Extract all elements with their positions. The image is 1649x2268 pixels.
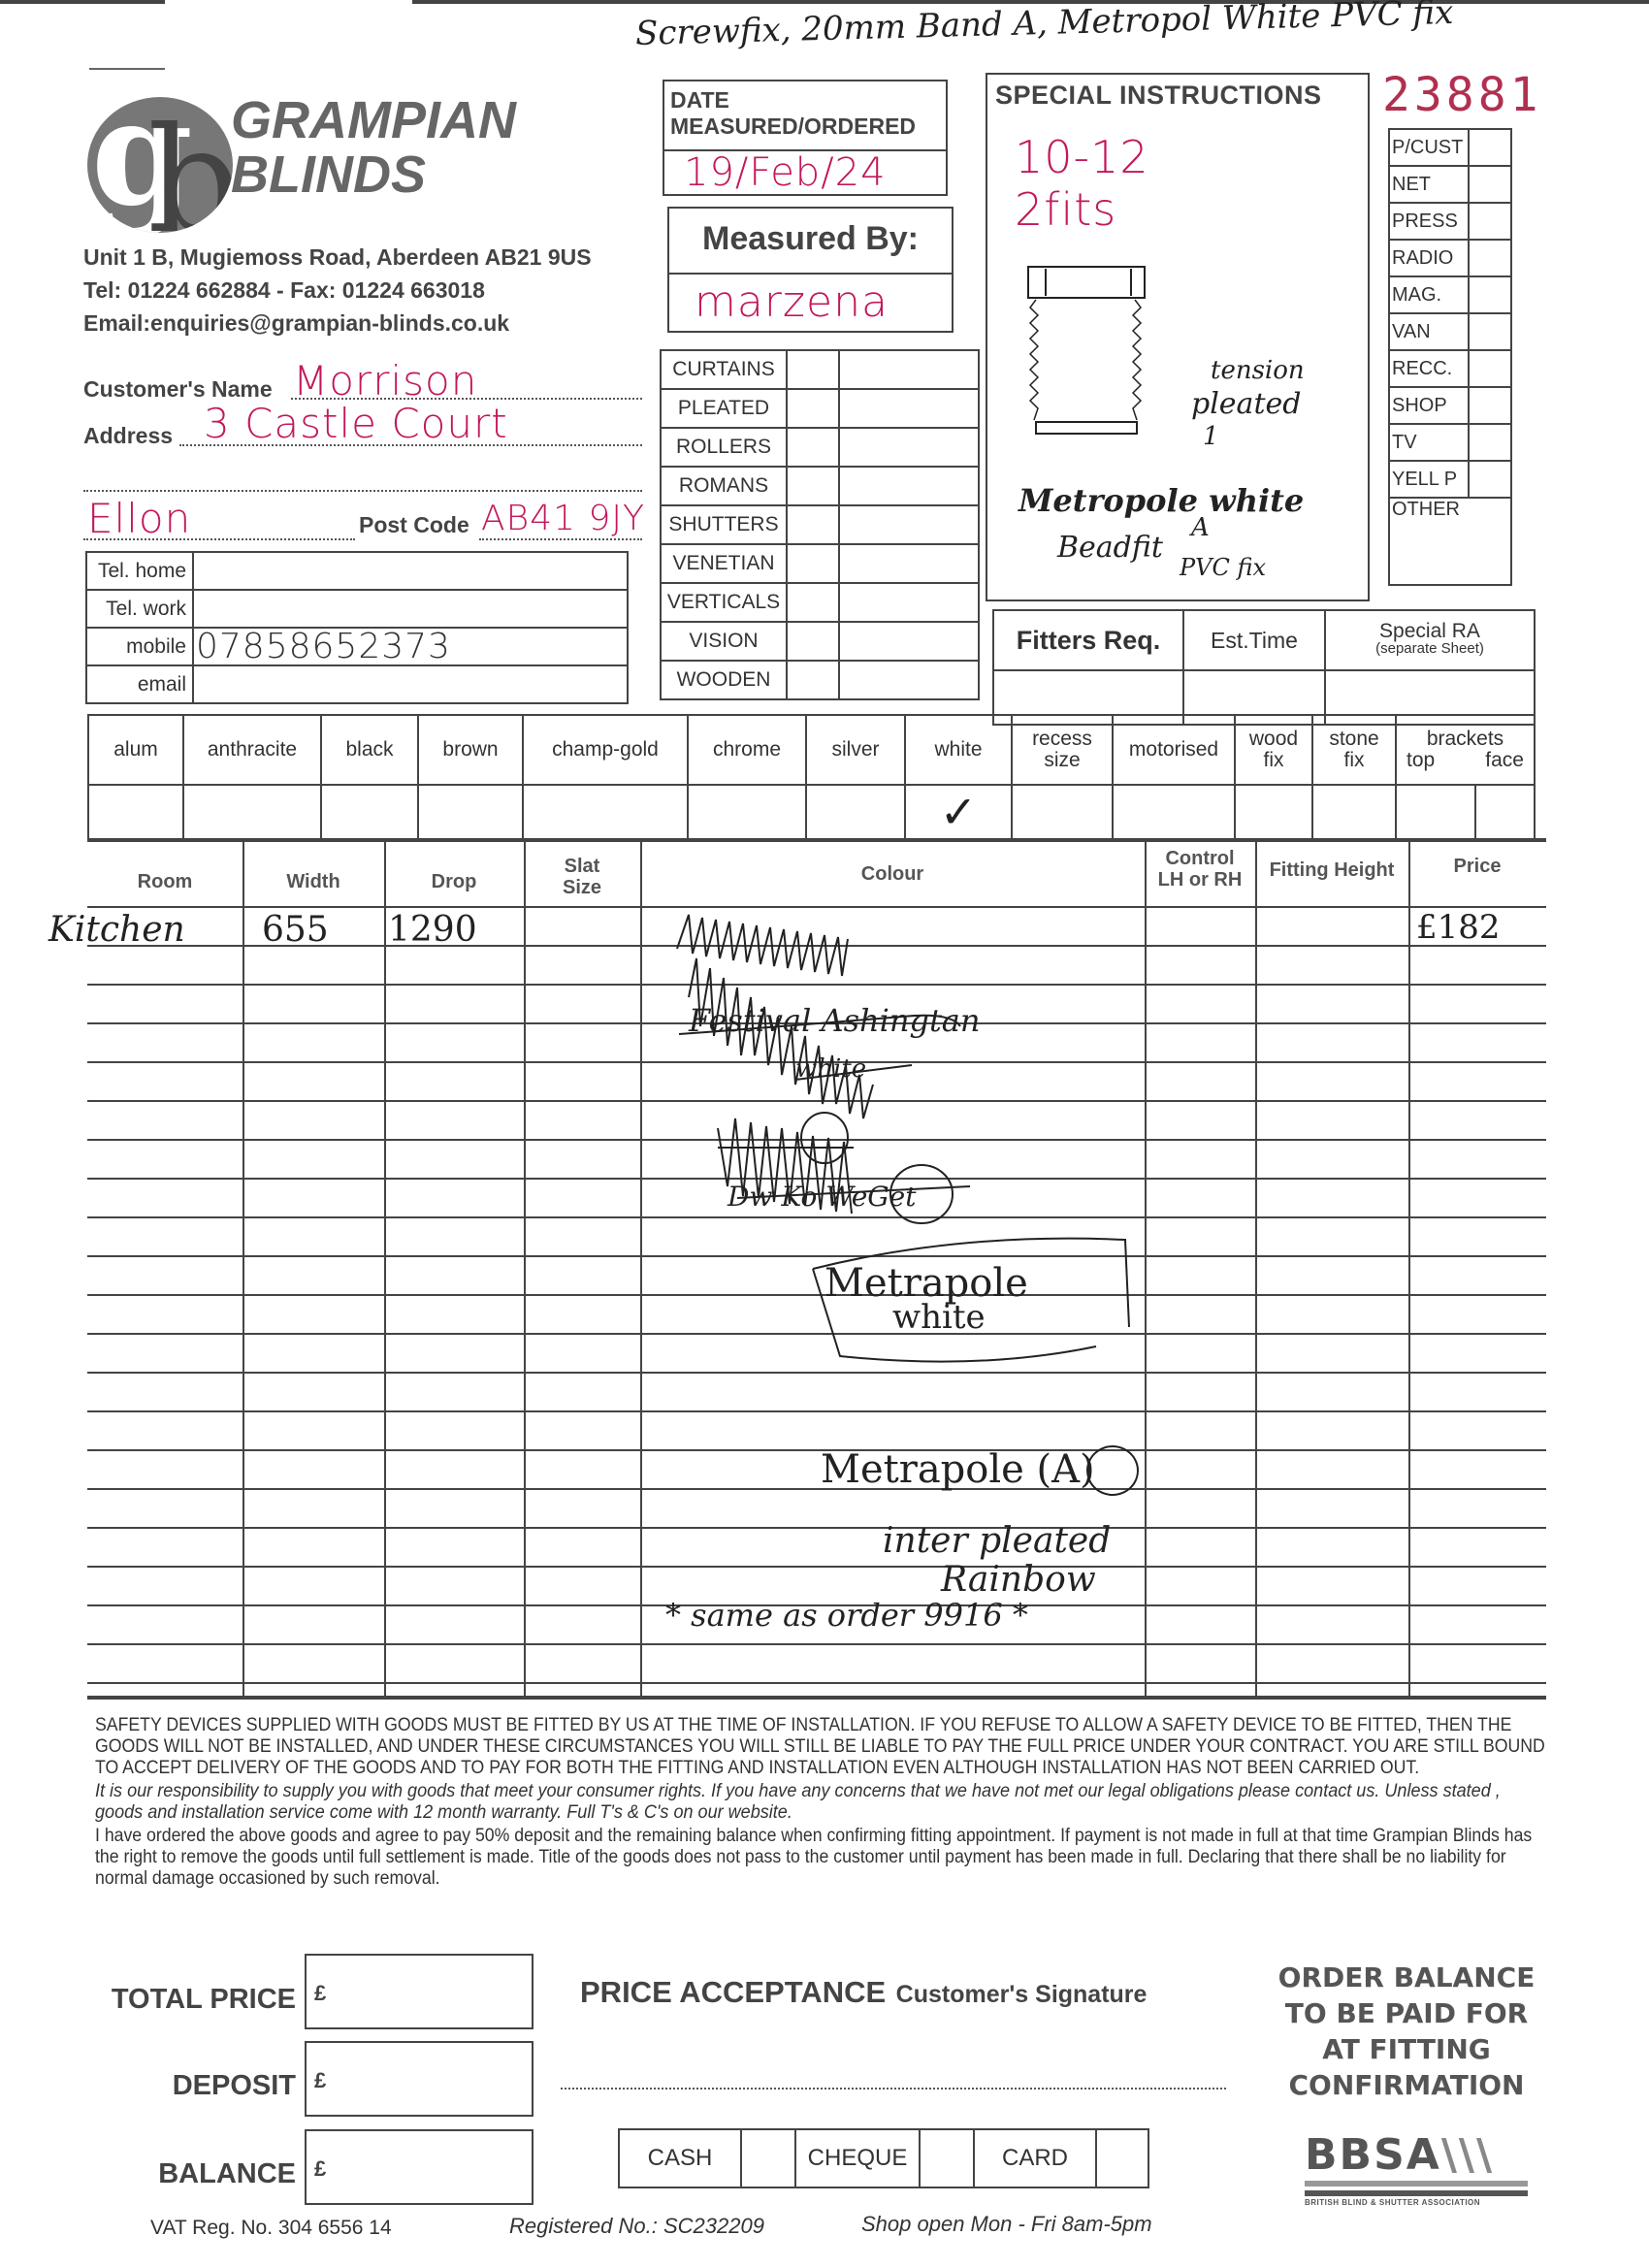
balance-field[interactable]: £ xyxy=(305,2129,533,2205)
source-row: NET xyxy=(1389,166,1511,203)
address-value-line1[interactable]: 3 Castle Court xyxy=(204,400,508,447)
company-name: GRAMPIAN BLINDS xyxy=(231,93,516,202)
balance-label: BALANCE xyxy=(97,2158,296,2190)
finish-checkbox-champ-gold[interactable] xyxy=(523,785,688,839)
colour-note-metrapole-white-line2: white xyxy=(892,1298,986,1337)
product-type-row: WOODEN xyxy=(661,661,979,699)
contact-row: Tel. work xyxy=(86,590,628,628)
brackets-top-field[interactable] xyxy=(1396,785,1475,839)
contact-row: mobile07858652373 xyxy=(86,628,628,665)
bbsa-logo-text: BBSA\\\ xyxy=(1305,2134,1528,2177)
finish-value-row: ✓ xyxy=(88,785,1535,839)
price-acceptance: PRICE ACCEPTANCE Customer's Signature xyxy=(580,1975,1147,2010)
product-type-notes[interactable] xyxy=(839,544,979,583)
signature-line[interactable] xyxy=(561,2088,1226,2090)
product-type-notes[interactable] xyxy=(839,661,979,699)
measured-by-label: Measured By: xyxy=(669,209,952,275)
row-price[interactable]: £182 xyxy=(1416,908,1501,947)
source-row-other: OTHER xyxy=(1389,498,1511,585)
price-acceptance-title: PRICE ACCEPTANCE xyxy=(580,1975,886,2009)
payment-method-table: CASH CHEQUE CARD xyxy=(618,2128,1149,2188)
source-row: P/CUST xyxy=(1389,129,1511,166)
product-type-notes[interactable] xyxy=(839,428,979,467)
company-name-line1: GRAMPIAN xyxy=(231,93,516,147)
source-checkbox[interactable] xyxy=(1469,387,1511,424)
source-checkbox[interactable] xyxy=(1469,350,1511,387)
colour-note-rainbow: Rainbow xyxy=(941,1560,1096,1600)
logo-circle-icon: g b xyxy=(87,97,233,233)
bbsa-tagline: BRITISH BLIND & SHUTTER ASSOCIATION xyxy=(1305,2198,1528,2207)
town-line xyxy=(83,538,355,540)
special-fitters[interactable]: 2fits xyxy=(1015,183,1116,236)
product-type-notes[interactable] xyxy=(839,350,979,389)
product-type-row: PLEATED xyxy=(661,389,979,428)
order-table-header: Room Width Drop SlatSize Colour ControlL… xyxy=(87,842,1546,908)
payment-method-row: CASH CHEQUE CARD xyxy=(619,2129,1148,2187)
order-table: Room Width Drop SlatSize Colour ControlL… xyxy=(87,842,1546,1696)
product-type-qty[interactable] xyxy=(787,505,839,544)
source-row: YELL P xyxy=(1389,461,1511,498)
product-type-qty[interactable] xyxy=(787,661,839,699)
product-type-qty[interactable] xyxy=(787,467,839,505)
svg-text:white: white xyxy=(795,1054,866,1084)
product-type-notes[interactable] xyxy=(839,505,979,544)
card-label: CARD xyxy=(974,2129,1096,2187)
cash-label: CASH xyxy=(619,2129,741,2187)
product-type-qty[interactable] xyxy=(787,428,839,467)
svg-text:Dw Ko WeGet: Dw Ko WeGet xyxy=(727,1181,917,1213)
measured-by-box: Measured By: marzena xyxy=(667,207,954,333)
company-phone-fax: Tel: 01224 662884 - Fax: 01224 663018 xyxy=(83,277,485,304)
product-type-row: VISION xyxy=(661,622,979,661)
special-product-line1: Metropole white xyxy=(1018,482,1304,519)
product-type-notes[interactable] xyxy=(839,467,979,505)
registered-number: Registered No.: SC232209 xyxy=(509,2214,764,2239)
product-type-notes[interactable] xyxy=(839,583,979,622)
source-checkbox[interactable] xyxy=(1469,313,1511,350)
legal-terms: SAFETY DEVICES SUPPLIED WITH GOODS MUST … xyxy=(95,1715,1550,1890)
special-ra-label: Special RA (separate Sheet) xyxy=(1325,610,1535,670)
product-type-row: ROMANS xyxy=(661,467,979,505)
source-row: MAG. xyxy=(1389,276,1511,313)
product-type-qty[interactable] xyxy=(787,350,839,389)
colour-note-inter-pleated: inter pleated xyxy=(883,1521,1111,1561)
wood-fix-field[interactable] xyxy=(1235,785,1312,839)
customer-name-value[interactable]: Morrison xyxy=(293,357,477,405)
special-product-fix: PVC fix xyxy=(1180,554,1266,581)
source-row: VAN xyxy=(1389,313,1511,350)
finish-checkbox-black[interactable] xyxy=(321,785,418,839)
bbsa-stripe-dark xyxy=(1305,2190,1528,2196)
source-checkbox[interactable] xyxy=(1469,240,1511,276)
address-label: Address xyxy=(83,423,173,449)
bbsa-stripe-light xyxy=(1305,2181,1528,2187)
payment-agreement: I have ordered the above goods and agree… xyxy=(95,1826,1547,1890)
crossed-out-scribble-2-icon: Dw Ko WeGet xyxy=(708,1109,999,1245)
svg-text:Festival Ashingtan: Festival Ashingtan xyxy=(688,1002,980,1039)
source-row: RECC. xyxy=(1389,350,1511,387)
total-price-field[interactable]: £ xyxy=(305,1954,533,2029)
colour-note-metrapole-a: Metrapole (A) xyxy=(821,1447,1095,1492)
consumer-rights-notice: It is our responsibility to supply you w… xyxy=(95,1781,1551,1824)
finish-checkbox-brown[interactable] xyxy=(418,785,523,839)
measured-by-value[interactable]: marzena xyxy=(669,275,952,331)
address-line2 xyxy=(83,490,642,492)
product-type-table: CURTAINS PLEATED ROLLERS ROMANS SHUTTERS… xyxy=(660,349,980,700)
date-label: DATE MEASURED/ORDERED xyxy=(664,81,946,151)
email-field[interactable] xyxy=(193,665,628,703)
row-drop[interactable]: 1290 xyxy=(388,910,477,950)
source-row: PRESS xyxy=(1389,203,1511,240)
finish-options-table: alum anthracite black brown champ-gold c… xyxy=(87,714,1536,840)
cheque-checkbox[interactable] xyxy=(920,2129,974,2187)
source-checkbox[interactable] xyxy=(1469,276,1511,313)
source-row: TV xyxy=(1389,424,1511,461)
product-type-qty[interactable] xyxy=(787,622,839,661)
finish-header-row: alum anthracite black brown champ-gold c… xyxy=(88,715,1535,785)
product-type-row: SHUTTERS xyxy=(661,505,979,544)
product-type-row: ROLLERS xyxy=(661,428,979,467)
fitters-req-label: Fitters Req. xyxy=(993,610,1183,670)
product-type-notes[interactable] xyxy=(839,389,979,428)
date-value[interactable]: 19/Feb/24 xyxy=(664,151,946,194)
row-room[interactable]: Kitchen xyxy=(48,910,185,950)
product-type-qty[interactable] xyxy=(787,544,839,583)
logo-mark-line xyxy=(89,68,165,70)
special-product-line2: Beadfit xyxy=(1057,531,1163,565)
product-type-row: CURTAINS xyxy=(661,350,979,389)
order-balance-notice: ORDER BALANCE TO BE PAID FOR AT FITTING … xyxy=(1261,1960,1552,2103)
finish-checkbox-silver[interactable] xyxy=(806,785,905,839)
company-address: Unit 1 B, Mugiemoss Road, Aberdeen AB21 … xyxy=(83,244,592,271)
deposit-label: DEPOSIT xyxy=(97,2070,296,2102)
tel-home-field[interactable] xyxy=(193,552,628,590)
tel-work-field[interactable] xyxy=(193,590,628,628)
contact-row: Tel. home xyxy=(86,552,628,590)
company-name-line2: BLINDS xyxy=(231,147,516,202)
special-product-band: A xyxy=(1191,513,1210,542)
circle-mark-icon xyxy=(1086,1445,1139,1496)
source-checkbox[interactable] xyxy=(1469,461,1511,498)
finish-checkbox-chrome[interactable] xyxy=(688,785,806,839)
est-time-label: Est.Time xyxy=(1183,610,1325,670)
stone-fix-field[interactable] xyxy=(1312,785,1396,839)
lead-source-table: P/CUST NET PRESS RADIO MAG. VAN RECC. SH… xyxy=(1388,128,1512,586)
card-checkbox[interactable] xyxy=(1096,2129,1148,2187)
cash-checkbox[interactable] xyxy=(741,2129,795,2187)
source-checkbox[interactable] xyxy=(1469,166,1511,203)
sketch-note-line1: tension xyxy=(1211,356,1305,385)
contact-row: email xyxy=(86,665,628,703)
date-box: DATE MEASURED/ORDERED 19/Feb/24 xyxy=(663,80,948,196)
shop-hours: Shop open Mon - Fri 8am-5pm xyxy=(861,2212,1152,2237)
fitters-header-row: Fitters Req. Est.Time Special RA (separa… xyxy=(993,610,1535,670)
product-type-qty[interactable] xyxy=(787,583,839,622)
product-type-row: VENETIAN xyxy=(661,544,979,583)
contact-table: Tel. home Tel. work mobile07858652373 em… xyxy=(85,551,629,704)
finish-checkbox-alum[interactable] xyxy=(88,785,183,839)
source-row: RADIO xyxy=(1389,240,1511,276)
town-value[interactable]: Ellon xyxy=(87,495,191,542)
total-price-label: TOTAL PRICE xyxy=(97,1984,296,2016)
special-instructions-label: SPECIAL INSTRUCTIONS xyxy=(987,75,1368,111)
recess-size-field[interactable] xyxy=(1012,785,1113,839)
source-row: SHOP xyxy=(1389,387,1511,424)
order-number: 23881 xyxy=(1382,68,1542,122)
finish-checkbox-anthracite[interactable] xyxy=(183,785,321,839)
cheque-label: CHEQUE xyxy=(795,2129,920,2187)
postcode-label: Post Code xyxy=(359,512,469,538)
handwritten-header-note: Screwfix, 20mm Band A, Metropol White PV… xyxy=(635,0,1454,53)
sketch-note-line2: pleated xyxy=(1191,387,1301,421)
product-type-row: VERTICALS xyxy=(661,583,979,622)
special-instructions-box: SPECIAL INSTRUCTIONS 10-12 2fits tension… xyxy=(986,73,1370,601)
source-checkbox[interactable] xyxy=(1469,424,1511,461)
logo-letter-b: b xyxy=(147,97,233,233)
mobile-field[interactable]: 07858652373 xyxy=(193,628,628,665)
pleated-blind-sketch-icon xyxy=(1026,265,1162,459)
source-checkbox[interactable] xyxy=(1469,129,1511,166)
brackets-face-field[interactable] xyxy=(1475,785,1535,839)
product-type-qty[interactable] xyxy=(787,389,839,428)
postcode-line xyxy=(479,538,642,540)
product-type-notes[interactable] xyxy=(839,622,979,661)
customer-name-label: Customer's Name xyxy=(83,376,273,403)
company-email: Email:enquiries@grampian-blinds.co.uk xyxy=(83,310,509,337)
price-acceptance-subtitle: Customer's Signature xyxy=(896,1981,1148,2008)
row-width[interactable]: 655 xyxy=(262,910,329,950)
motorised-field[interactable] xyxy=(1113,785,1235,839)
fitters-table: Fitters Req. Est.Time Special RA (separa… xyxy=(992,609,1536,726)
bbsa-logo: BBSA\\\ BRITISH BLIND & SHUTTER ASSOCIAT… xyxy=(1305,2134,1528,2207)
special-time-window[interactable]: 10-12 xyxy=(1015,131,1149,183)
sketch-note-line3: 1 xyxy=(1203,422,1219,451)
deposit-field[interactable]: £ xyxy=(305,2041,533,2117)
source-checkbox[interactable] xyxy=(1469,203,1511,240)
safety-notice: SAFETY DEVICES SUPPLIED WITH GOODS MUST … xyxy=(95,1715,1547,1779)
postcode-value[interactable]: AB41 9JY xyxy=(481,499,645,538)
finish-checkbox-white[interactable]: ✓ xyxy=(905,785,1012,839)
colour-note-same-as-order: * same as order 9916 * xyxy=(665,1597,1028,1634)
order-table-bottom-rule xyxy=(87,1696,1546,1700)
vat-number: VAT Reg. No. 304 6556 14 xyxy=(150,2217,392,2240)
